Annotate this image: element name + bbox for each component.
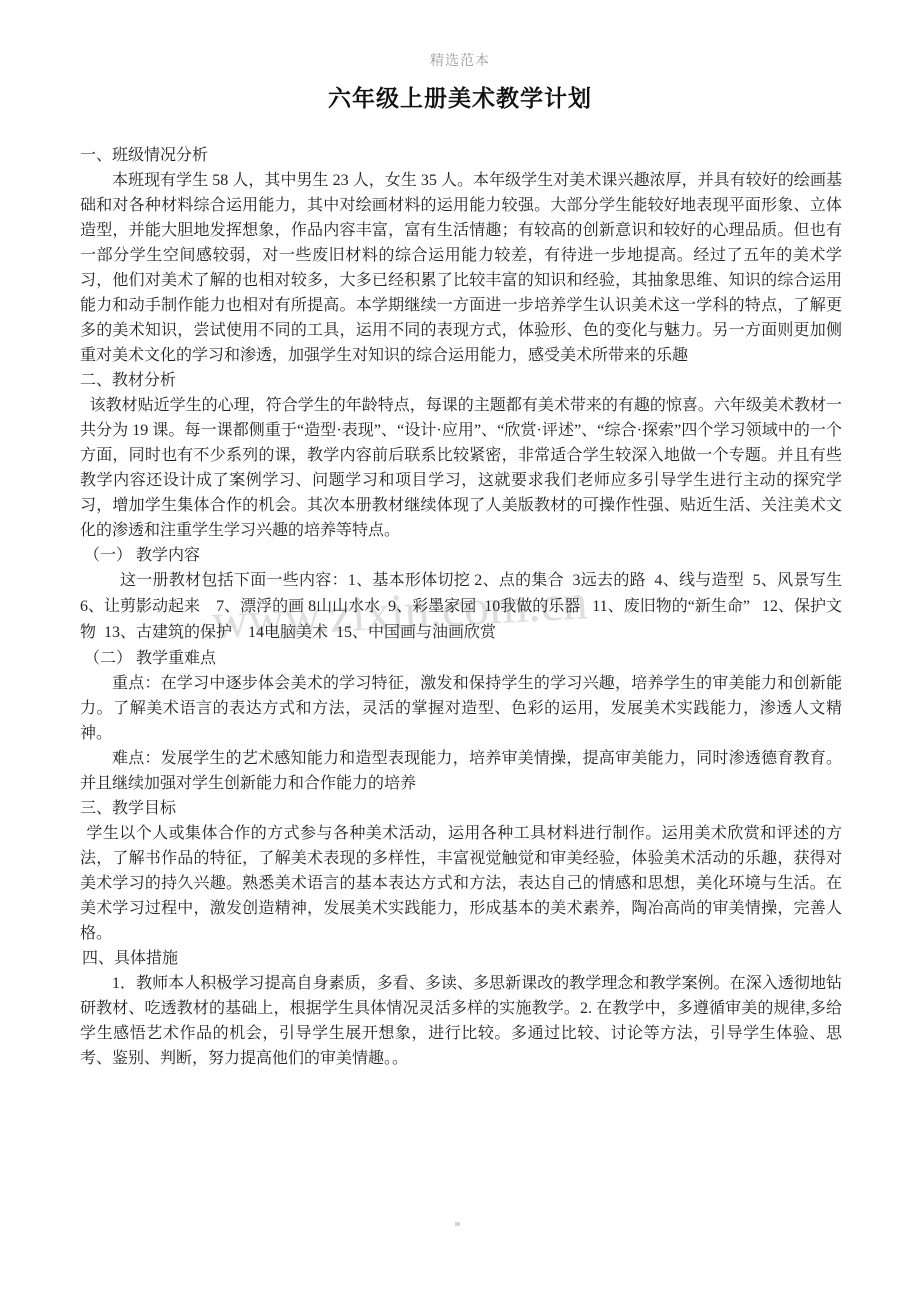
paragraph-lesson-list: 这一册教材包括下面一些内容：1、基本形体切挖 2、点的集合 3远去的路 4、线与… [80,568,842,646]
paragraph-measures: 1．教师本人积极学习提高自身素质，多看、多读、多思新课改的教学理念和教学案例。在… [80,971,842,1071]
header-label: 精选范本 [0,50,920,70]
subheading-teaching-content: （一） 教学内容 [80,543,842,568]
paragraph-key-points: 重点：在学习中逐步体会美术的学习特征，激发和保持学生的学习兴趣，培养学生的审美能… [80,671,842,746]
section-heading-textbook-analysis: 二、教材分析 [80,368,842,393]
paragraph-class-analysis: 本班现有学生 58 人，其中男生 23 人，女生 35 人。本年级学生对美术课兴… [80,168,842,368]
document-page: 精选范本 六年级上册美术教学计划 www.zixin.com.cn 一、班级情况… [0,0,920,1302]
paragraph-difficult-points: 难点：发展学生的艺术感知能力和造型表现能力，培养审美情操，提高审美能力，同时渗透… [80,746,842,796]
page-footer-mark [455,1222,460,1226]
section-heading-measures: 四、具体措施 [80,946,842,971]
section-heading-teaching-goals: 三、教学目标 [80,796,842,821]
paragraph-textbook-analysis: 该教材贴近学生的心理，符合学生的年龄特点，每课的主题都有美术带来的有趣的惊喜。六… [80,393,842,543]
subheading-key-difficult-points: （二） 教学重难点 [80,646,842,671]
section-heading-class-analysis: 一、班级情况分析 [80,143,842,168]
paragraph-teaching-goals: 学生以个人或集体合作的方式参与各种美术活动，运用各种工具材料进行制作。运用美术欣… [80,821,842,946]
page-title: 六年级上册美术教学计划 [0,80,920,113]
document-body: 一、班级情况分析 本班现有学生 58 人，其中男生 23 人，女生 35 人。本… [80,143,842,1071]
